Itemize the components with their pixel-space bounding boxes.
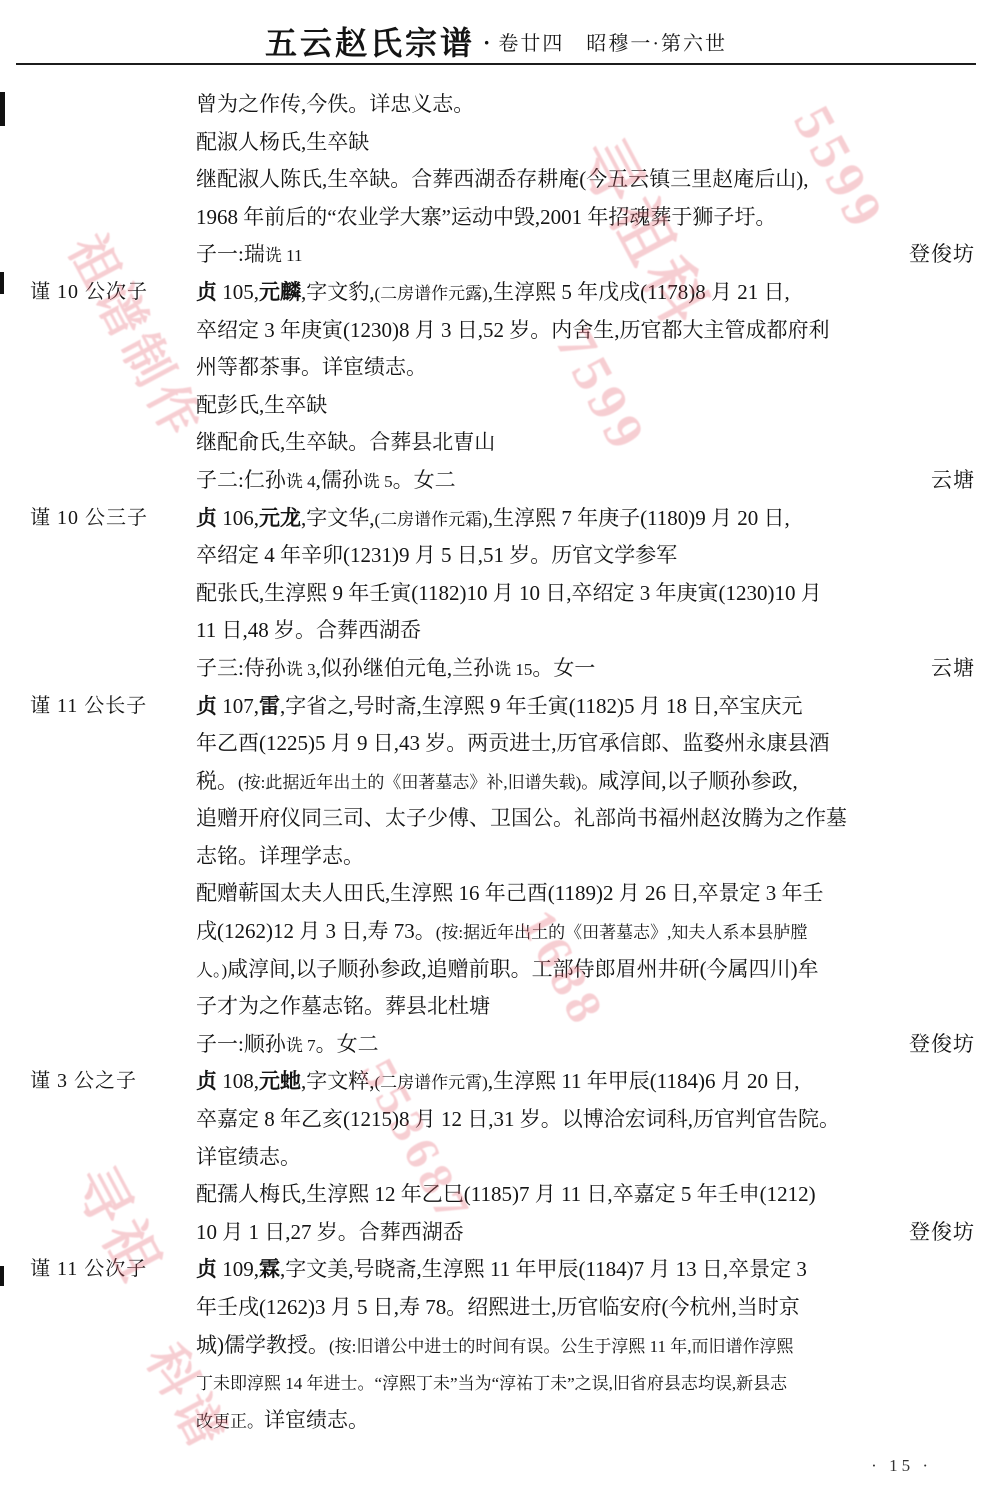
text-line: 曾为之作传,今佚。详忠义志。 <box>30 86 977 124</box>
text-segment: 年乙酉(1225)5 月 9 日,43 岁。两贡进士,历官承信郎、监婺州永康县酒 <box>196 731 829 755</box>
text-segment: 诜 4 <box>286 472 316 491</box>
text-segment: 诜 3 <box>286 660 316 679</box>
page-number: · 15 · <box>871 1456 932 1476</box>
text-line: 配张氏,生淳熙 9 年壬寅(1182)10 月 10 日,卒绍定 3 年庚寅(1… <box>30 575 977 613</box>
text-segment: ,生淳熙 7 年庚子(1180)9 月 20 日, <box>488 506 790 530</box>
text-line: 卒绍定 4 年辛卯(1231)9 月 5 日,51 岁。历官文学参军 <box>30 537 977 575</box>
text-line: 追赠开府仪同三司、太子少傅、卫国公。礼部尚书福州赵汝腾为之作墓 <box>30 800 977 838</box>
text-segment: 。女一 <box>532 656 595 680</box>
place-label: 云塘 <box>931 650 975 688</box>
text-segment: 丁未即淳熙 14 年进士。“淳熙丁未”当为“淳祐丁未”之误,旧省府县志均误,新县… <box>196 1374 787 1393</box>
text-line: 志铭。详理学志。 <box>30 838 977 876</box>
text-segment: 元龙 <box>259 506 301 530</box>
text-segment: 贞 <box>196 694 222 718</box>
text-line: 子一:顺孙诜 7。女二登俊坊 <box>30 1026 977 1064</box>
text-segment: 卒绍定 4 年辛卯(1231)9 月 5 日,51 岁。历官文学参军 <box>196 543 677 567</box>
text-line: 戌(1262)12 月 3 日,寿 73。(按:据近年出土的《田著墓志》,知夫人… <box>30 913 977 951</box>
text-segment: (二房谱作元霄) <box>375 1073 488 1092</box>
text-segment: ,字文粹, <box>301 1069 375 1093</box>
text-line: 丁未即淳熙 14 年进士。“淳熙丁未”当为“淳祐丁未”之误,旧省府县志均误,新县… <box>30 1364 977 1402</box>
text-segment: 咸淳间,以子顺孙参政, <box>598 769 798 793</box>
text-line: 谨 11 公长子贞 107,雷,字省之,号时斋,生淳熙 9 年壬寅(1182)5… <box>30 688 977 726</box>
text-segment: (按:据近年出土的《田著墓志》,知夫人系本县胪膛 <box>436 923 808 942</box>
text-segment: 州等都茶事。详宦绩志。 <box>196 355 427 379</box>
place-label: 云塘 <box>931 462 975 500</box>
place-label: 登俊坊 <box>909 236 975 274</box>
generation-margin-label: 谨 11 公长子 <box>30 688 147 726</box>
text-segment: ,字文美,号晓斋,生淳熙 11 年甲辰(1184)7 月 13 日,卒景定 3 <box>280 1257 807 1281</box>
text-segment: 改更正。 <box>196 1412 264 1431</box>
text-line: 年乙酉(1225)5 月 9 日,43 岁。两贡进士,历官承信郎、监婺州永康县酒 <box>30 725 977 763</box>
text-segment: 雷 <box>259 694 280 718</box>
scan-artifact <box>0 92 5 126</box>
text-line: 谨 10 公次子贞 105,元麟,字文豹,(二房谱作元露),生淳熙 5 年戊戌(… <box>30 274 977 312</box>
text-line: 继配俞氏,生卒缺。合葬县北曺山 <box>30 424 977 462</box>
text-segment: 霖 <box>259 1257 280 1281</box>
text-segment: 继配淑人陈氏,生卒缺。合葬西湖岙存耕庵(今五云镇三里赵庵后山), <box>196 167 808 191</box>
text-segment: 子二:仁孙 <box>196 468 286 492</box>
header-rule <box>16 63 976 65</box>
text-segment: 继配俞氏,生卒缺。合葬县北曺山 <box>196 430 495 454</box>
text-segment: 。女二 <box>393 468 456 492</box>
text-line: 详宦绩志。 <box>30 1139 977 1177</box>
text-line: 改更正。详宦绩志。 <box>30 1402 977 1440</box>
text-segment: 诜 11 <box>265 246 303 265</box>
text-segment: 配孺人梅氏,生淳熙 12 年乙巳(1185)7 月 11 日,卒嘉定 5 年壬申… <box>196 1182 816 1206</box>
text-segment: 城)儒学教授。 <box>196 1333 329 1357</box>
text-segment: 卒嘉定 8 年乙亥(1215)8 月 12 日,31 岁。以博洽宏词科,历官判官… <box>196 1107 840 1131</box>
generation-margin-label: 谨 10 公次子 <box>30 274 148 312</box>
text-segment: 贞 <box>196 506 222 530</box>
text-line: 继配淑人陈氏,生卒缺。合葬西湖岙存耕庵(今五云镇三里赵庵后山), <box>30 161 977 199</box>
text-segment: 诜 5 <box>363 472 393 491</box>
text-line: 卒绍定 3 年庚寅(1230)8 月 3 日,52 岁。内舍生,历官都大主管成都… <box>30 312 977 350</box>
text-segment: 配彭氏,生卒缺 <box>196 393 327 417</box>
genealogy-page: 五云赵氏宗谱·卷廿四 昭穆一·第六世 曾为之作传,今佚。详忠义志。配淑人杨氏,生… <box>0 0 992 1512</box>
scan-artifact <box>0 272 4 294</box>
text-line: 子才为之作墓志铭。葬县北杜塘 <box>30 988 977 1026</box>
text-segment: 108, <box>222 1069 259 1093</box>
text-line: 卒嘉定 8 年乙亥(1215)8 月 12 日,31 岁。以博洽宏词科,历官判官… <box>30 1101 977 1139</box>
text-line: 配孺人梅氏,生淳熙 12 年乙巳(1185)7 月 11 日,卒嘉定 5 年壬申… <box>30 1176 977 1214</box>
text-segment: 106, <box>222 506 259 530</box>
text-segment: 详宦绩志。 <box>196 1145 301 1169</box>
text-line: 年壬戌(1262)3 月 5 日,寿 78。绍熙进士,历官临安府(今杭州,当时京 <box>30 1289 977 1327</box>
text-segment: 子才为之作墓志铭。葬县北杜塘 <box>196 994 490 1018</box>
text-line: 1968 年前后的“农业学大寨”运动中毁,2001 年招魂葬于狮子圩。 <box>30 199 977 237</box>
text-segment: (二房谱作元露) <box>375 284 488 303</box>
text-segment: 。女二 <box>316 1032 379 1056</box>
generation-margin-label: 谨 10 公三子 <box>30 500 148 538</box>
text-segment: 追赠开府仪同三司、太子少傅、卫国公。礼部尚书福州赵汝腾为之作墓 <box>196 806 847 830</box>
text-segment: (按:此据近年出土的《田著墓志》补,旧谱失载)。 <box>238 773 598 792</box>
text-segment: 诜 7 <box>286 1036 316 1055</box>
text-line: 州等都茶事。详宦绩志。 <box>30 349 977 387</box>
text-segment: 元麟 <box>259 280 301 304</box>
text-segment: 11 日,48 岁。合葬西湖岙 <box>196 618 421 642</box>
text-segment: ,字省之,号时斋,生淳熙 9 年壬寅(1182)5 月 18 日,卒宝庆元 <box>280 694 802 718</box>
text-segment: 107, <box>222 694 259 718</box>
text-segment: 109, <box>222 1257 259 1281</box>
text-line: 配彭氏,生卒缺 <box>30 387 977 425</box>
text-segment: 志铭。详理学志。 <box>196 844 364 868</box>
text-line: 子二:仁孙诜 4,儒孙诜 5。女二云塘 <box>30 462 977 500</box>
text-segment: 人。) <box>196 961 227 980</box>
text-segment: 曾为之作传,今佚。详忠义志。 <box>196 92 474 116</box>
text-segment: ,字文豹, <box>301 280 375 304</box>
text-segment: ,字文华, <box>301 506 375 530</box>
text-segment: 戌(1262)12 月 3 日,寿 73。 <box>196 919 436 943</box>
text-segment: 10 月 1 日,27 岁。合葬西湖岙 <box>196 1220 464 1244</box>
text-segment: 配淑人杨氏,生卒缺 <box>196 130 369 154</box>
place-label: 登俊坊 <box>909 1026 975 1064</box>
text-segment: 1968 年前后的“农业学大寨”运动中毁,2001 年招魂葬于狮子圩。 <box>196 205 776 229</box>
text-segment: (二房谱作元霜) <box>375 510 488 529</box>
page-header: 五云赵氏宗谱·卷廿四 昭穆一·第六世 <box>0 18 992 64</box>
volume-subtitle: 卷廿四 昭穆一·第六世 <box>498 33 727 55</box>
text-segment: 详宦绩志。 <box>264 1408 369 1432</box>
generation-margin-label: 谨 3 公之子 <box>30 1063 137 1101</box>
text-segment: 卒绍定 3 年庚寅(1230)8 月 3 日,52 岁。内舍生,历官都大主管成都… <box>196 318 829 342</box>
title-separator-dot: · <box>483 30 490 55</box>
text-segment: 税。 <box>196 769 238 793</box>
text-line: 谨 3 公之子贞 108,元虵,字文粹,(二房谱作元霄),生淳熙 11 年甲辰(… <box>30 1063 977 1101</box>
text-segment: ,生淳熙 5 年戊戌(1178)8 月 21 日, <box>488 280 790 304</box>
text-line: 城)儒学教授。(按:旧谱公中进士的时间有误。公生于淳熙 11 年,而旧谱作淳熙 <box>30 1327 977 1365</box>
generation-margin-label: 谨 11 公次子 <box>30 1251 147 1289</box>
text-segment: 105, <box>222 280 259 304</box>
place-label: 登俊坊 <box>909 1214 975 1252</box>
scan-artifact <box>0 1266 4 1286</box>
text-segment: 配张氏,生淳熙 9 年壬寅(1182)10 月 10 日,卒绍定 3 年庚寅(1… <box>196 581 822 605</box>
text-segment: 元虵 <box>259 1069 301 1093</box>
text-segment: ,似孙继伯元龟,兰孙 <box>316 656 495 680</box>
text-line: 11 日,48 岁。合葬西湖岙 <box>30 612 977 650</box>
text-segment: 配赠蕲国太夫人田氏,生淳熙 16 年己酉(1189)2 月 26 日,卒景定 3… <box>196 881 823 905</box>
text-segment: 子一:瑞 <box>196 242 265 266</box>
text-line: 谨 11 公次子贞 109,霖,字文美,号晓斋,生淳熙 11 年甲辰(1184)… <box>30 1251 977 1289</box>
text-segment: 贞 <box>196 1257 222 1281</box>
text-segment: 贞 <box>196 280 222 304</box>
text-line: 谨 10 公三子贞 106,元龙,字文华,(二房谱作元霜),生淳熙 7 年庚子(… <box>30 500 977 538</box>
text-segment: (按:旧谱公中进士的时间有误。公生于淳熙 11 年,而旧谱作淳熙 <box>329 1337 794 1356</box>
book-title: 五云赵氏宗谱 <box>265 25 475 61</box>
text-segment: 子一:顺孙 <box>196 1032 286 1056</box>
text-segment: 咸淳间,以子顺孙参政,追赠前职。工部侍郎眉州井研(今属四川)牟 <box>227 957 818 981</box>
text-line: 子一:瑞诜 11登俊坊 <box>30 236 977 274</box>
text-line: 子三:侍孙诜 3,似孙继伯元龟,兰孙诜 15。女一云塘 <box>30 650 977 688</box>
text-segment: ,生淳熙 11 年甲辰(1184)6 月 20 日, <box>488 1069 800 1093</box>
text-segment: 诜 15 <box>494 660 532 679</box>
text-line: 配赠蕲国太夫人田氏,生淳熙 16 年己酉(1189)2 月 26 日,卒景定 3… <box>30 875 977 913</box>
text-segment: 贞 <box>196 1069 222 1093</box>
text-line: 10 月 1 日,27 岁。合葬西湖岙登俊坊 <box>30 1214 977 1252</box>
text-segment: ,儒孙 <box>316 468 363 492</box>
text-line: 配淑人杨氏,生卒缺 <box>30 124 977 162</box>
text-line: 税。(按:此据近年出土的《田著墓志》补,旧谱失载)。咸淳间,以子顺孙参政, <box>30 763 977 801</box>
text-segment: 年壬戌(1262)3 月 5 日,寿 78。绍熙进士,历官临安府(今杭州,当时京 <box>196 1295 800 1319</box>
text-line: 人。)咸淳间,以子顺孙参政,追赠前职。工部侍郎眉州井研(今属四川)牟 <box>30 951 977 989</box>
body-lines: 曾为之作传,今佚。详忠义志。配淑人杨氏,生卒缺继配淑人陈氏,生卒缺。合葬西湖岙存… <box>30 86 977 1439</box>
text-segment: 子三:侍孙 <box>196 656 286 680</box>
